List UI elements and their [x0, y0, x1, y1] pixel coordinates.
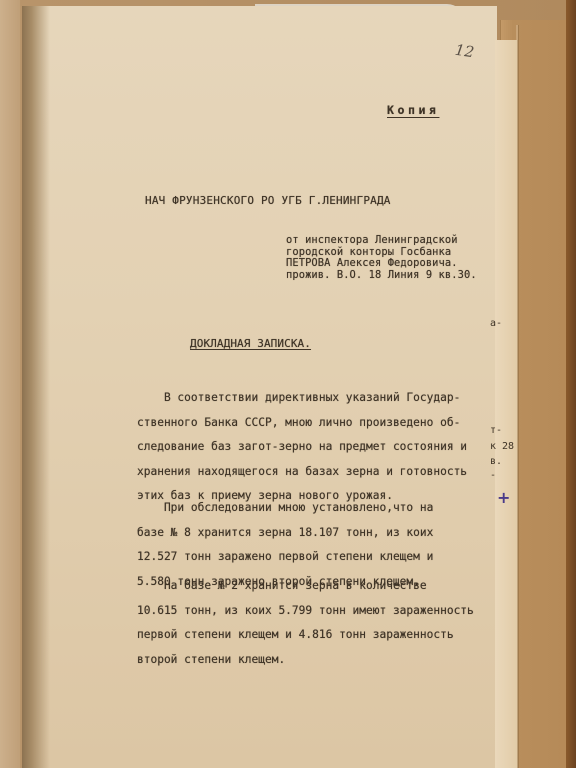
text-line: В соответствии директивных указаний Госу…	[137, 391, 460, 404]
text-line: При обследовании мною установлено,что на	[137, 501, 433, 514]
sender-line: прожив. В.О. 18 Линия 9 кв.30.	[286, 269, 477, 281]
text-line: базе № 8 хранится зерна 18.107 тонн, из …	[137, 526, 433, 539]
document-title: ДОКЛАДНАЯ ЗАПИСКА.	[190, 337, 311, 350]
sender-line: городской конторы Госбанка	[286, 246, 451, 258]
text-line: На базе № 2 хранится зерна в количестве	[137, 579, 427, 592]
text-line: следование баз загот-зерно на предмет со…	[137, 440, 467, 453]
sender-line: ПЕТРОВА Алексея Федоровича.	[286, 257, 458, 269]
sender-line: от инспектора Ленинградской	[286, 234, 458, 246]
pen-cross-mark: +	[497, 488, 510, 507]
text-line: хранения находящегося на базах зерна и г…	[137, 465, 467, 478]
folio-number: 12	[454, 41, 475, 61]
wooden-table-edge	[566, 0, 576, 768]
underlying-page-edge	[0, 0, 20, 768]
text-line: первой степени клещем и 4.816 тонн зараж…	[137, 628, 454, 641]
margin-mark: -	[490, 470, 496, 482]
copy-mark: Копия	[387, 103, 439, 117]
margin-mark: т-	[490, 425, 502, 437]
sender-block: от инспектора Ленинградской городской ко…	[286, 235, 477, 281]
text-line: ственного Банка СССР, мною лично произве…	[137, 416, 460, 429]
margin-mark: к 28	[490, 441, 514, 453]
text-line: 10.615 тонн, из коих 5.799 тонн имеют за…	[137, 604, 474, 617]
text-line: 12.527 тонн заражено первой степени клещ…	[137, 550, 433, 563]
margin-mark: а-	[490, 318, 502, 330]
paragraph-1: В соответствии директивных указаний Госу…	[137, 386, 467, 509]
addressee-line: НАЧ ФРУНЗЕНСКОГО РО УГБ Г.ЛЕНИНГРАДА	[145, 194, 391, 207]
paragraph-3: На базе № 2 хранится зерна в количестве …	[137, 574, 474, 672]
page-right-edge	[495, 40, 518, 768]
text-line: второй степени клещем.	[137, 653, 285, 666]
margin-mark: в.	[490, 456, 502, 468]
archive-photo-scene: 12 Копия НАЧ ФРУНЗЕНСКОГО РО УГБ Г.ЛЕНИН…	[0, 0, 576, 768]
